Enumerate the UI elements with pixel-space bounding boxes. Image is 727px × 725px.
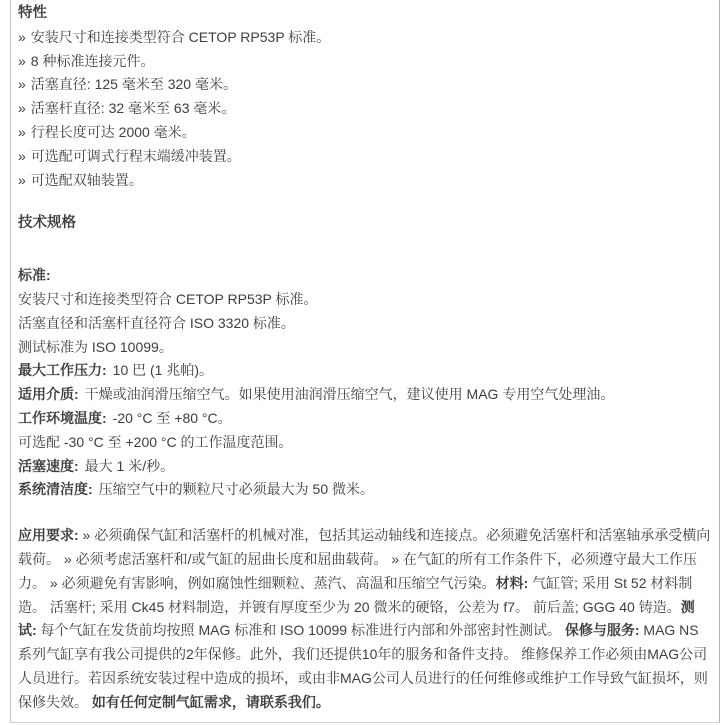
- standards-line: 活塞直径和活塞杆直径符合 ISO 3320 标准。: [18, 312, 712, 336]
- spec-label: 最大工作压力:: [18, 362, 107, 378]
- spec-text: -20 °C 至 +80 °C。: [113, 410, 232, 426]
- spec-label: 适用介质:: [18, 386, 79, 402]
- feature-item: »行程长度可达 2000 毫米。: [18, 121, 712, 145]
- product-description-panel: 特性 »安装尺寸和连接类型符合 CETOP RP53P 标准。 »8 种标准连接…: [10, 0, 720, 723]
- section-spacer: [18, 236, 712, 264]
- contact-note: 如有任何定制气缸需求，请联系我们。: [92, 694, 330, 710]
- application-label: 应用要求:: [18, 527, 79, 543]
- spec-text: 10 巴 (1 兆帕)。: [113, 362, 213, 378]
- spec-text: 压缩空气中的颗粒尺寸必须最大为 50 微米。: [99, 481, 374, 497]
- spec-row: 系统清洁度:压缩空气中的颗粒尺寸必须最大为 50 微米。: [18, 478, 712, 502]
- application-paragraph: 应用要求: » 必须确保气缸和活塞杆的机械对准，包括其运动轴线和连接点。必须避免…: [18, 524, 712, 714]
- feature-item: »活塞杆直径: 32 毫米至 63 毫米。: [18, 97, 712, 121]
- section-spacer: [18, 192, 712, 212]
- bullet-marker: »: [18, 76, 26, 92]
- feature-text: 行程长度可达 2000 毫米。: [31, 124, 196, 140]
- bullet-marker: »: [18, 53, 26, 69]
- standards-line: 测试标准为 ISO 10099。: [18, 336, 712, 360]
- feature-text: 可选配可调式行程末端缓冲装置。: [31, 148, 241, 164]
- warranty-label: 保修与服务:: [565, 622, 640, 638]
- spec-label: 工作环境温度:: [18, 410, 107, 426]
- spec-row: 适用介质:干燥或油润滑压缩空气。如果使用油润滑压缩空气，建议使用 MAG 专用空…: [18, 383, 712, 407]
- feature-item: »可选配双轴装置。: [18, 169, 712, 193]
- feature-text: 活塞杆直径: 32 毫米至 63 毫米。: [31, 100, 236, 116]
- testing-text: 每个气缸在发货前均按照 MAG 标准和 ISO 10099 标准进行内部和外部密…: [37, 622, 565, 638]
- spec-text: 干燥或油润滑压缩空气。如果使用油润滑压缩空气，建议使用 MAG 专用空气处理油。: [85, 386, 615, 402]
- feature-text: 8 种标准连接元件。: [31, 53, 155, 69]
- spec-row: 最大工作压力:10 巴 (1 兆帕)。: [18, 359, 712, 383]
- feature-text: 安装尺寸和连接类型符合 CETOP RP53P 标准。: [31, 29, 331, 45]
- spec-label: 标准:: [18, 267, 51, 283]
- standards-label: 标准:: [18, 264, 712, 288]
- spec-text: 可选配 -30 °C 至 +200 °C 的工作温度范围。: [18, 434, 293, 450]
- bullet-marker: »: [18, 29, 26, 45]
- bullet-marker: »: [18, 100, 26, 116]
- spec-row: 活塞速度:最大 1 米/秒。: [18, 455, 712, 479]
- standards-line: 安装尺寸和连接类型符合 CETOP RP53P 标准。: [18, 288, 712, 312]
- feature-item: »8 种标准连接元件。: [18, 50, 712, 74]
- bullet-marker: »: [18, 172, 26, 188]
- spec-row: 可选配 -30 °C 至 +200 °C 的工作温度范围。: [18, 431, 712, 455]
- bullet-marker: »: [18, 124, 26, 140]
- spec-row: 工作环境温度:-20 °C 至 +80 °C。: [18, 407, 712, 431]
- feature-item: »活塞直径: 125 毫米至 320 毫米。: [18, 73, 712, 97]
- feature-item: »可选配可调式行程末端缓冲装置。: [18, 145, 712, 169]
- spec-label: 活塞速度:: [18, 458, 79, 474]
- spec-text: 最大 1 米/秒。: [85, 458, 174, 474]
- feature-text: 可选配双轴装置。: [31, 172, 143, 188]
- bullet-marker: »: [18, 148, 26, 164]
- feature-text: 活塞直径: 125 毫米至 320 毫米。: [31, 76, 237, 92]
- section-spacer: [18, 502, 712, 524]
- spec-label: 系统清洁度:: [18, 481, 93, 497]
- materials-label: 材料:: [496, 575, 529, 591]
- features-title: 特性: [18, 2, 712, 26]
- feature-item: »安装尺寸和连接类型符合 CETOP RP53P 标准。: [18, 26, 712, 50]
- tech-specs-title: 技术规格: [18, 212, 712, 236]
